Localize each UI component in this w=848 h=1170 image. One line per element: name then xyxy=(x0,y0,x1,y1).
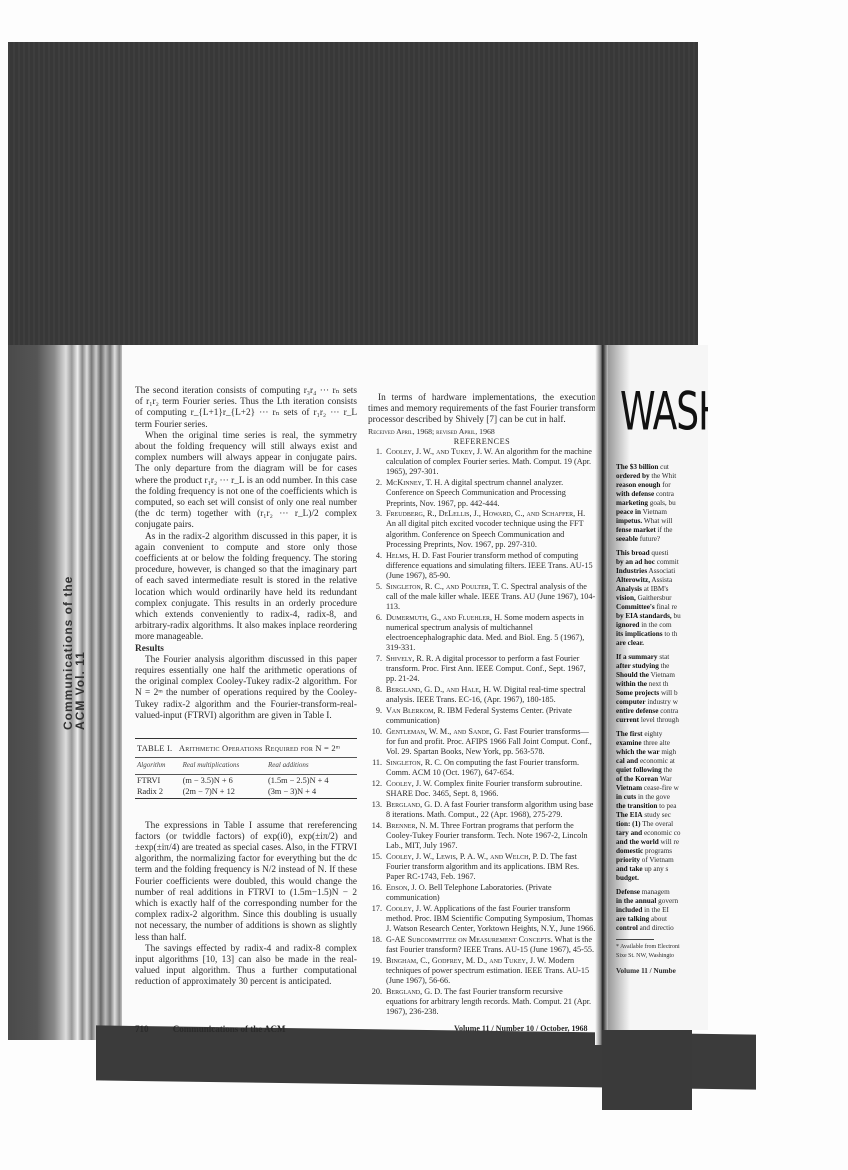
text-line: entire defense contra xyxy=(616,707,708,716)
text-line: quiet following the xyxy=(616,766,708,775)
reference-number: 14. xyxy=(368,821,386,852)
text-line: its implications to th xyxy=(616,630,708,639)
reference-item: 13.Bergland, G. D. A fast Fourier transf… xyxy=(368,800,596,820)
paragraph: The second iteration consists of computi… xyxy=(135,386,357,431)
reference-author: Edson, J. O. xyxy=(386,883,427,892)
reference-author: Van Blerkom, R. xyxy=(386,706,445,715)
reference-text: Brenner, N. M. Three Fortran programs th… xyxy=(386,821,596,852)
right-page: WASHI The $3 billion cutordered by the W… xyxy=(608,345,708,1030)
text-line: computer industry w xyxy=(616,698,708,707)
reference-number: 6. xyxy=(368,613,386,654)
reference-number: 11. xyxy=(368,758,386,778)
text-line: are talking about xyxy=(616,915,708,924)
reference-text: Helms, H. D. Fast Fourier transform meth… xyxy=(386,551,596,582)
text-line: in the annual govern xyxy=(616,897,708,906)
references-list: 1.Cooley, J. W., and Tukey, J. W. An alg… xyxy=(368,447,596,1018)
reference-author: Cooley, J. W., Lewis, P. A. W., and Welc… xyxy=(386,852,548,861)
reference-text: Edson, J. O. Bell Telephone Laboratories… xyxy=(386,883,596,903)
reference-author: Cooley, J. W. xyxy=(386,779,432,788)
text-line: with defense contra xyxy=(616,490,708,499)
reference-author: Bergland, G. D. xyxy=(386,800,442,809)
text-line: Industries Associati xyxy=(616,567,708,576)
reference-author: Bergland, G. D. xyxy=(386,987,442,996)
right-page-text: The $3 billion cutordered by the Whitrea… xyxy=(616,463,708,976)
column-header: Real additions xyxy=(266,758,357,774)
text-line: marketing goals, bu xyxy=(616,499,708,508)
reference-item: 20.Bergland, G. D. The fast Fourier tran… xyxy=(368,987,596,1018)
text-line: included in the EI xyxy=(616,906,708,915)
text-line: If a summary stat xyxy=(616,653,708,662)
text-line: ignored in the com xyxy=(616,621,708,630)
reference-number: 16. xyxy=(368,883,386,903)
table-row: Radix 2 (2m − 7)N + 12 (3m − 3)N + 4 xyxy=(135,786,357,798)
reference-item: 9.Van Blerkom, R. IBM Federal Systems Ce… xyxy=(368,706,596,726)
reference-number: 1. xyxy=(368,447,386,478)
reference-author: Singleton, R. C., and Poulter, T. C. xyxy=(386,582,509,591)
text-line: tion: (1) The overal xyxy=(616,820,708,829)
table-cell: (3m − 3)N + 4 xyxy=(266,786,357,798)
reference-item: 12.Cooley, J. W. Complex finite Fourier … xyxy=(368,779,596,799)
references-heading: REFERENCES xyxy=(368,437,596,447)
book-gutter xyxy=(595,345,609,1045)
text-line: and take up any s xyxy=(616,865,708,874)
text-line: Vietnam cease-fire w xyxy=(616,784,708,793)
text-line: ordered by the Whit xyxy=(616,472,708,481)
paragraph: The savings effected by radix-4 and radi… xyxy=(135,944,357,989)
text-line: the transition to pea xyxy=(616,802,708,811)
paragraph: As in the radix-2 algorithm discussed in… xyxy=(135,532,357,644)
reference-number: 4. xyxy=(368,551,386,582)
reference-author: Bingham, C., Godfrey, M. D., and Tukey, … xyxy=(386,956,546,965)
page-footer-left: 710 Communications of the ACM xyxy=(135,1024,286,1034)
reference-author: Singleton, R. C. xyxy=(386,758,442,767)
footnote-line: Sixe St. NW, Washingto xyxy=(616,952,708,961)
reference-text: Bergland, G. D., and Hale, H. W. Digital… xyxy=(386,685,596,705)
text-line: Should the Vietnam xyxy=(616,671,708,680)
text-line: in cuts in the gove xyxy=(616,793,708,802)
reference-author: Helms, H. D. xyxy=(386,551,430,560)
reference-text: Singleton, R. C., and Poulter, T. C. Spe… xyxy=(386,582,596,613)
reference-author: Brenner, N. M. xyxy=(386,821,439,830)
reference-number: 7. xyxy=(368,654,386,685)
reference-text: Shively, R. R. A digital processor to pe… xyxy=(386,654,596,685)
operations-table: Algorithm Real multiplications Real addi… xyxy=(135,758,357,797)
reference-text: Bingham, C., Godfrey, M. D., and Tukey, … xyxy=(386,956,596,987)
table-title: Arithmetic Operations Required for N = 2… xyxy=(179,743,340,753)
footnote-line: * Available from Electroni xyxy=(616,943,708,952)
reference-text: Freudberg, R., DeLellis, J., Howard, C.,… xyxy=(386,509,596,550)
paragraph: When the original time series is real, t… xyxy=(135,431,357,532)
text-line: tary and economic co xyxy=(616,829,708,838)
text-line: reason enough for xyxy=(616,481,708,490)
text-column-right: In terms of hardware implementations, th… xyxy=(368,393,596,1018)
table-label: TABLE I. xyxy=(137,743,172,753)
reference-item: 1.Cooley, J. W., and Tukey, J. W. An alg… xyxy=(368,447,596,478)
reference-author: Shively, R. R. xyxy=(386,654,433,663)
page-footer: Volume 11 / Numbe xyxy=(616,967,708,976)
page-number: 710 xyxy=(135,1024,149,1034)
reference-item: 17.Cooley, J. W. Applications of the fas… xyxy=(368,904,596,935)
text-line: priority of Vietnam xyxy=(616,856,708,865)
reference-text: Van Blerkom, R. IBM Federal Systems Cent… xyxy=(386,706,596,726)
reference-item: 19.Bingham, C., Godfrey, M. D., and Tuke… xyxy=(368,956,596,987)
text-line: cal and economic at xyxy=(616,757,708,766)
text-line: peace in Vietnam xyxy=(616,508,708,517)
reference-author: Gentleman, W. M., and Sande, G. xyxy=(386,727,502,736)
text-line: The EIA study sec xyxy=(616,811,708,820)
table-caption: TABLE I. Arithmetic Operations Required … xyxy=(135,739,357,758)
text-line: Some projects will b xyxy=(616,689,708,698)
reference-number: 3. xyxy=(368,509,386,550)
reference-item: 3.Freudberg, R., DeLellis, J., Howard, C… xyxy=(368,509,596,550)
received-date: Received April, 1968; revised April, 196… xyxy=(368,427,596,437)
reference-item: 4.Helms, H. D. Fast Fourier transform me… xyxy=(368,551,596,582)
headline: WASHI xyxy=(620,383,708,442)
reference-text: Cooley, J. W., and Tukey, J. W. An algor… xyxy=(386,447,596,478)
text-line: impetus. What will xyxy=(616,517,708,526)
journal-name: Communications of the ACM xyxy=(173,1024,286,1034)
text-line: after studying the xyxy=(616,662,708,671)
text-line: are clear. xyxy=(616,639,708,648)
text-line: by an ad hoc commit xyxy=(616,558,708,567)
paragraph: In terms of hardware implementations, th… xyxy=(368,393,596,427)
reference-text: Cooley, J. W. Complex finite Fourier tra… xyxy=(386,779,596,799)
reference-number: 8. xyxy=(368,685,386,705)
reference-author: Freudberg, R., DeLellis, J., Howard, C.,… xyxy=(386,509,585,518)
text-line: budget. xyxy=(616,874,708,883)
text-line: control and directio xyxy=(616,924,708,933)
reference-number: 20. xyxy=(368,987,386,1018)
column-header: Algorithm xyxy=(135,758,181,774)
reference-item: 10.Gentleman, W. M., and Sande, G. Fast … xyxy=(368,727,596,758)
reference-number: 5. xyxy=(368,582,386,613)
text-line: current level through xyxy=(616,716,708,725)
text-line: Alterowitz, Assista xyxy=(616,576,708,585)
reference-number: 19. xyxy=(368,956,386,987)
paragraph: The Fourier analysis algorithm discussed… xyxy=(135,655,357,722)
reference-number: 17. xyxy=(368,904,386,935)
table-cell: Radix 2 xyxy=(135,786,181,798)
reference-item: 18.G-AE Subcommittee on Measurement Conc… xyxy=(368,935,596,955)
reference-item: 8.Bergland, G. D., and Hale, H. W. Digit… xyxy=(368,685,596,705)
reference-item: 2.McKinney, T. H. A digital spectrum cha… xyxy=(368,478,596,509)
text-line: domestic programs xyxy=(616,847,708,856)
text-line: fense market if the xyxy=(616,526,708,535)
reference-number: 13. xyxy=(368,800,386,820)
reference-text: Bergland, G. D. A fast Fourier transform… xyxy=(386,800,596,820)
table-row: FTRVI (m − 3.5)N + 6 (1.5m − 2.5)N + 4 xyxy=(135,774,357,786)
reference-text: Cooley, J. W. Applications of the fast F… xyxy=(386,904,596,935)
text-line: seeable future? xyxy=(616,535,708,544)
reference-item: 11.Singleton, R. C. On computing the fas… xyxy=(368,758,596,778)
reference-number: 12. xyxy=(368,779,386,799)
reference-item: 7.Shively, R. R. A digital processor to … xyxy=(368,654,596,685)
spine-label: Communications of the ACM Vol. 11 xyxy=(62,560,102,730)
text-line: The first eighty xyxy=(616,730,708,739)
text-line: Analysis at IBM's xyxy=(616,585,708,594)
reference-item: 5.Singleton, R. C., and Poulter, T. C. S… xyxy=(368,582,596,613)
text-line: which the war migh xyxy=(616,748,708,757)
reference-item: 15.Cooley, J. W., Lewis, P. A. W., and W… xyxy=(368,852,596,883)
reference-author: Cooley, J. W. xyxy=(386,904,432,913)
reference-text: Bergland, G. D. The fast Fourier transfo… xyxy=(386,987,596,1018)
paragraph: The expressions in Table I assume that r… xyxy=(135,821,357,944)
reference-item: 14.Brenner, N. M. Three Fortran programs… xyxy=(368,821,596,852)
text-line: Defense managem xyxy=(616,888,708,897)
reference-item: 16.Edson, J. O. Bell Telephone Laborator… xyxy=(368,883,596,903)
section-heading-results: Results xyxy=(135,644,357,655)
page-footer-right: Volume 11 / Number 10 / October, 1968 xyxy=(454,1024,587,1033)
reference-author: McKinney, T. H. xyxy=(386,478,442,487)
table-cell: (1.5m − 2.5)N + 4 xyxy=(266,774,357,786)
scanner-background-top xyxy=(8,42,698,352)
scanner-background-corner xyxy=(602,1030,692,1110)
reference-text: Cooley, J. W., Lewis, P. A. W., and Welc… xyxy=(386,852,596,883)
text-line: vision, Gaithersbur xyxy=(616,594,708,603)
reference-number: 15. xyxy=(368,852,386,883)
reference-author: Dumermuth, G., and Fluehler, H. xyxy=(386,613,502,622)
column-header: Real multiplications xyxy=(181,758,266,774)
reference-author: Bergland, G. D., and Hale, H. W. xyxy=(386,685,502,694)
text-line: and the world will re xyxy=(616,838,708,847)
footnote-rule xyxy=(616,939,654,940)
reference-text: McKinney, T. H. A digital spectrum chann… xyxy=(386,478,596,509)
reference-text: Dumermuth, G., and Fluehler, H. Some mod… xyxy=(386,613,596,654)
text-line: This broad questi xyxy=(616,549,708,558)
reference-number: 2. xyxy=(368,478,386,509)
reference-author: Cooley, J. W., and Tukey, J. W. xyxy=(386,447,493,456)
reference-item: 6.Dumermuth, G., and Fluehler, H. Some m… xyxy=(368,613,596,654)
table-arithmetic-operations: TABLE I. Arithmetic Operations Required … xyxy=(135,738,357,798)
reference-text: Singleton, R. C. On computing the fast F… xyxy=(386,758,596,778)
table-cell: (2m − 7)N + 12 xyxy=(181,786,266,798)
reference-text: G-AE Subcommittee on Measurement Concept… xyxy=(386,935,596,955)
text-line: The $3 billion cut xyxy=(616,463,708,472)
text-line: of the Korean War xyxy=(616,775,708,784)
table-header-row: Algorithm Real multiplications Real addi… xyxy=(135,758,357,774)
reference-number: 10. xyxy=(368,727,386,758)
text-column-left: The second iteration consists of computi… xyxy=(135,386,357,989)
reference-number: 18. xyxy=(368,935,386,955)
text-line: by EIA standards, bu xyxy=(616,612,708,621)
reference-number: 9. xyxy=(368,706,386,726)
table-cell: (m − 3.5)N + 6 xyxy=(181,774,266,786)
reference-author: G-AE Subcommittee on Measurement Concept… xyxy=(386,935,553,944)
reference-text: Gentleman, W. M., and Sande, G. Fast Fou… xyxy=(386,727,596,758)
table-cell: FTRVI xyxy=(135,774,181,786)
text-line: examine three alte xyxy=(616,739,708,748)
text-line: within the next th xyxy=(616,680,708,689)
text-line: Committee's final re xyxy=(616,603,708,612)
